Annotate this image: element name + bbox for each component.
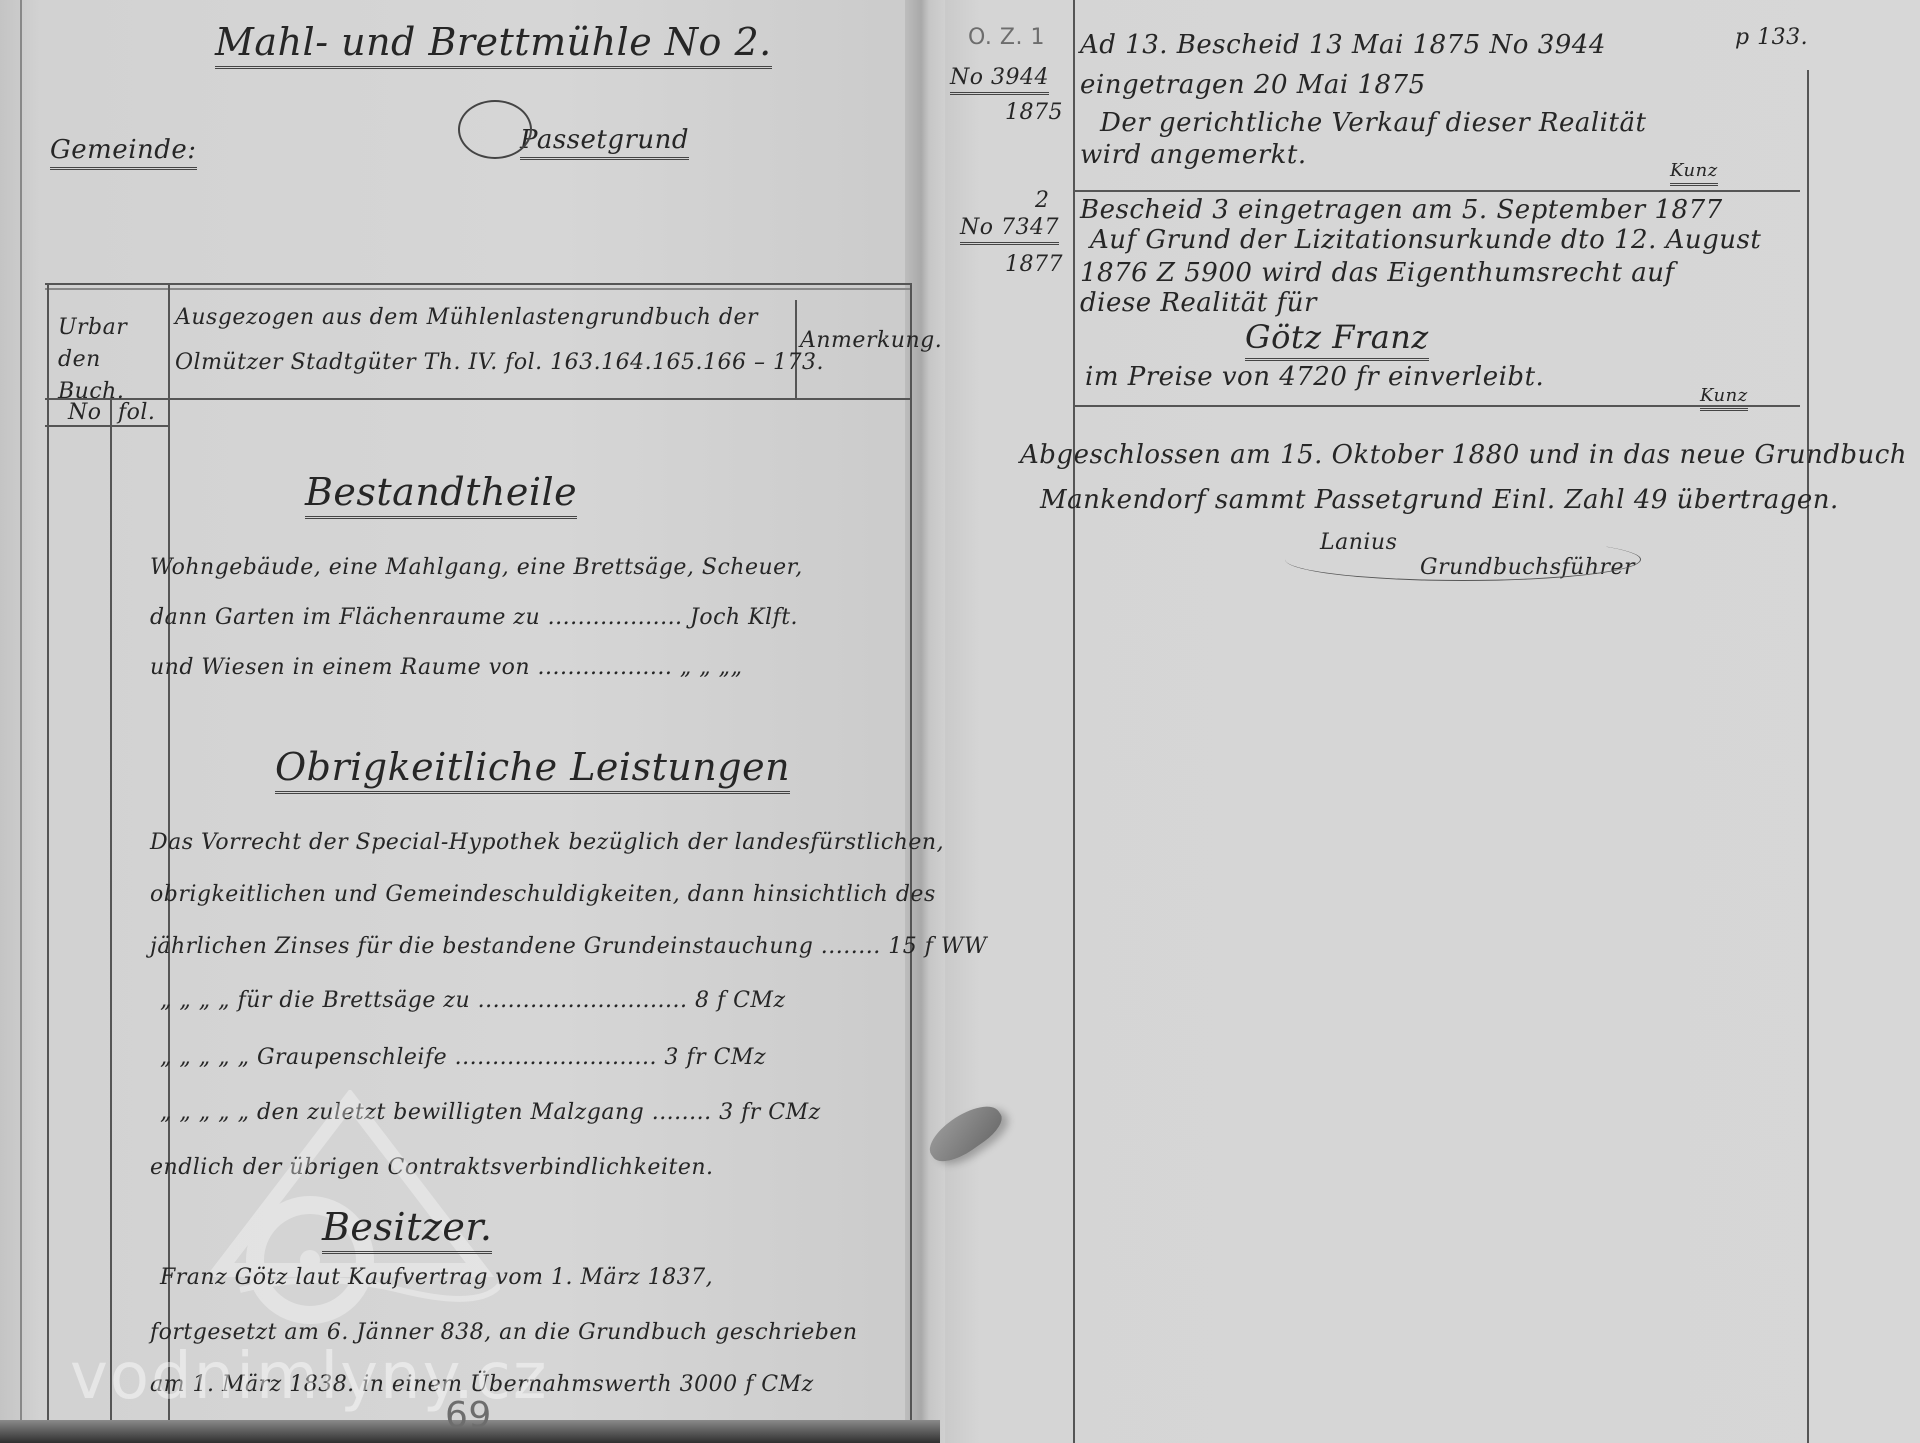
closing-note-line: Abgeschlossen am 15. Oktober 1880 und in… <box>1020 440 1907 470</box>
header-col2-line1: Ausgezogen aus dem Mühlenlastengrundbuch… <box>175 305 758 330</box>
gemeinde-value: Passetgrund <box>520 125 689 160</box>
closing-note-line: Mankendorf sammt Passetgrund Einl. Zahl … <box>1040 485 1839 515</box>
margin-no: No 7347 <box>960 215 1059 245</box>
header-col2-line2: Olmützer Stadtgüter Th. IV. fol. 163.164… <box>175 350 824 375</box>
leistungen-line: „ „ „ „ für die Brettsäge zu ...........… <box>160 988 786 1013</box>
heading-leistungen: Obrigkeitliche Leistungen <box>275 745 790 794</box>
entry-line: wird angemerkt. <box>1080 140 1307 170</box>
table-top-rule-double <box>45 288 910 290</box>
bestandtheile-line: dann Garten im Flächenraume zu .........… <box>150 605 798 630</box>
leistungen-line: Das Vorrecht der Special-Hypothek bezügl… <box>150 830 944 855</box>
signature: Kunz <box>1700 385 1748 411</box>
entry-line: Ad 13. Bescheid 13 Mai 1875 No 3944 <box>1080 30 1606 60</box>
table-header-rule <box>45 398 910 400</box>
signature: Kunz <box>1670 160 1718 186</box>
subheader-rule <box>45 425 170 427</box>
table-top-rule <box>45 283 910 285</box>
left-margin-line <box>20 0 22 1420</box>
heading-besitzer: Besitzer. <box>322 1205 492 1254</box>
leistungen-line: jährlichen Zinses für die bestandene Gru… <box>150 934 987 959</box>
flourish <box>458 100 532 159</box>
entry-line: Der gerichtliche Verkauf dieser Realität <box>1100 108 1646 138</box>
page-ref: p 133. <box>1735 25 1808 50</box>
right-margin-line <box>1073 0 1075 1443</box>
entry-rule-2 <box>1075 405 1800 407</box>
entry-line: diese Realität für <box>1080 288 1317 318</box>
col-line-2 <box>110 398 112 1420</box>
leistungen-line: obrigkeitlichen und Gemeindeschuldigkeit… <box>150 882 936 907</box>
watermark-text: vodnimlyny.cz <box>70 1340 548 1414</box>
entry-rule-1 <box>1075 190 1800 192</box>
col-line-1 <box>47 283 49 1420</box>
signature-flourish <box>1285 538 1641 581</box>
entry-line: im Preise von 4720 fr einverleibt. <box>1085 362 1544 392</box>
bestandtheile-line: und Wiesen in einem Raume von ..........… <box>150 655 742 680</box>
entry-line: 1876 Z 5900 wird das Eigenthumsrecht auf <box>1080 258 1675 288</box>
page-title: Mahl- und Brettmühle No 2. <box>215 20 772 69</box>
entry-line: Auf Grund der Lizitationsurkunde dto 12.… <box>1090 225 1761 255</box>
header-no: No <box>68 400 102 425</box>
right-outer-line <box>1807 70 1809 1443</box>
gemeinde-label: Gemeinde: <box>50 135 197 170</box>
owner-name: Götz Franz <box>1245 318 1429 361</box>
margin-no: No 3944 <box>950 65 1049 95</box>
margin-ref: 2 <box>1035 188 1050 213</box>
leistungen-line: „ „ „ „ „ Graupenschleife ..............… <box>160 1045 766 1070</box>
entry-line: eingetragen 20 Mai 1875 <box>1080 70 1426 100</box>
margin-year: 1875 <box>1005 100 1063 125</box>
margin-ref-pencil: O. Z. 1 <box>968 25 1045 50</box>
header-urbar: Urbar den Buch. <box>58 312 158 408</box>
bestandtheile-line: Wohngebäude, eine Mahlgang, eine Brettsä… <box>150 555 803 580</box>
besitzer-line: Franz Götz laut Kaufvertrag vom 1. März … <box>160 1265 713 1290</box>
heading-bestandtheile: Bestandtheile <box>305 470 577 519</box>
entry-line: Bescheid 3 eingetragen am 5. September 1… <box>1080 195 1723 225</box>
header-fol: fol. <box>118 400 155 425</box>
header-anmerkung: Anmerkung. <box>800 322 900 360</box>
margin-year: 1877 <box>1005 252 1063 277</box>
